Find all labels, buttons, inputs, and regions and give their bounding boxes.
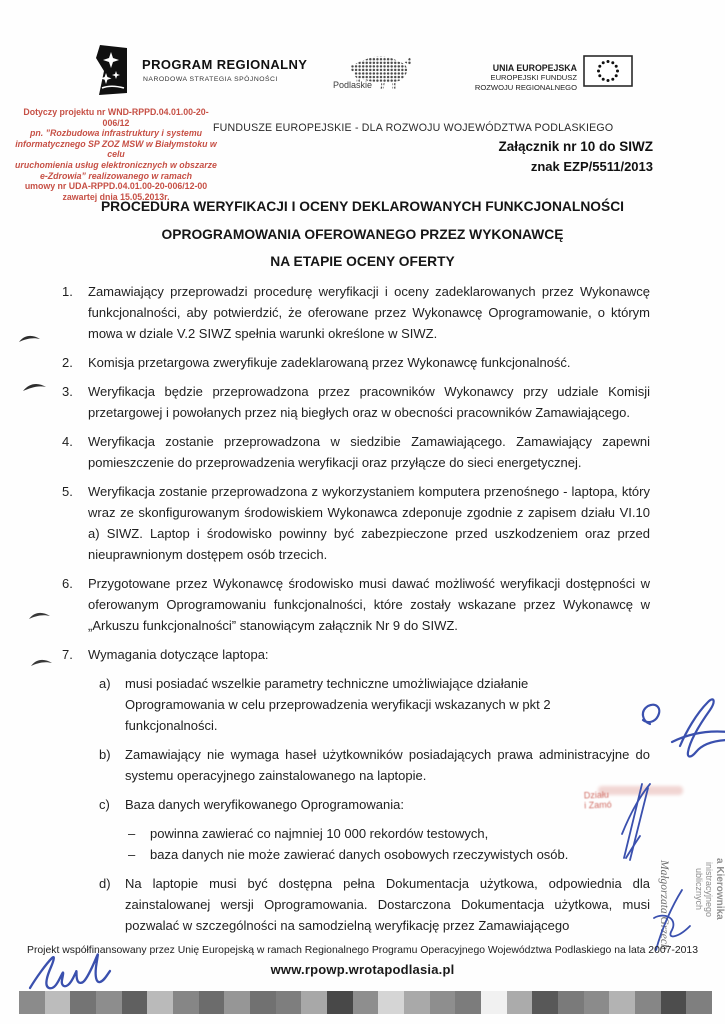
sub-item-text: Baza danych weryfikowanego Oprogramowani… bbox=[125, 794, 650, 815]
attachment-reference: Załącznik nr 10 do SIWZ znak EZP/5511/20… bbox=[498, 138, 653, 175]
list-item-4: 4. Weryfikacja zostanie przeprowadzona w… bbox=[62, 431, 650, 473]
calibration-cell bbox=[481, 991, 507, 1014]
calibration-cell bbox=[353, 991, 379, 1014]
item-text: Weryfikacja będzie przeprowadzona przez … bbox=[88, 381, 650, 423]
dash-item-1: – powinna zawierać co najmniej 10 000 re… bbox=[128, 823, 650, 844]
item-text: Komisja przetargowa zweryfikuje zadeklar… bbox=[88, 352, 650, 373]
item-text: Weryfikacja zostanie przeprowadzona z wy… bbox=[88, 481, 650, 565]
eu-logo-text: UNIA EUROPEJSKA EUROPEJSKI FUNDUSZ ROZWO… bbox=[440, 63, 577, 92]
scan-mark-icon bbox=[28, 610, 52, 622]
calibration-cell bbox=[96, 991, 122, 1014]
handwritten-initials-ink bbox=[628, 694, 725, 762]
sub-item-letter: c) bbox=[99, 794, 110, 815]
pen-scribble-ink bbox=[612, 782, 656, 864]
item-text: Zamawiający przeprowadzi procedurę weryf… bbox=[88, 281, 650, 344]
calibration-cell bbox=[455, 991, 481, 1014]
calibration-cell bbox=[19, 991, 45, 1014]
department-stamp: Działu i Zamó bbox=[584, 790, 612, 811]
calibration-cell bbox=[686, 991, 712, 1014]
item-number: 2. bbox=[62, 352, 73, 373]
calibration-cell bbox=[122, 991, 148, 1014]
case-number: znak EZP/5511/2013 bbox=[498, 158, 653, 175]
calibration-cell bbox=[507, 991, 533, 1014]
eu-line3: ROZWOJU REGIONALNEGO bbox=[440, 83, 577, 93]
calibration-cell bbox=[378, 991, 404, 1014]
list-item-5: 5. Weryfikacja zostanie przeprowadzona z… bbox=[62, 481, 650, 565]
document-title: PROCEDURA WERYFIKACJI I OCENY DEKLAROWAN… bbox=[90, 193, 635, 276]
calibration-cell bbox=[635, 991, 661, 1014]
calibration-cell bbox=[70, 991, 96, 1014]
dash-text: baza danych nie może zawierać danych oso… bbox=[150, 844, 650, 865]
item-text: Przygotowane przez Wykonawcę środowisko … bbox=[88, 573, 650, 636]
dash-text: powinna zawierać co najmniej 10 000 reko… bbox=[150, 823, 650, 844]
calibration-cell bbox=[430, 991, 456, 1014]
item-text: Wymagania dotyczące laptopa: bbox=[88, 644, 650, 665]
item-number: 7. bbox=[62, 644, 73, 665]
title-line1: PROCEDURA WERYFIKACJI I OCENY DEKLAROWAN… bbox=[90, 193, 635, 221]
sub-item-a: a) musi posiadać wszelkie parametry tech… bbox=[99, 673, 650, 736]
nss-flag-stars-icon bbox=[94, 44, 128, 101]
calibration-cell bbox=[301, 991, 327, 1014]
calibration-cell bbox=[661, 991, 687, 1014]
calibration-cell bbox=[404, 991, 430, 1014]
funding-line: FUNDUSZE EUROPEJSKIE - DLA ROZWOJU WOJEW… bbox=[213, 122, 613, 134]
program-regionalny-subtitle: NARODOWA STRATEGIA SPÓJNOŚCI bbox=[143, 76, 278, 83]
dash-mark: – bbox=[128, 823, 135, 844]
stamp-line: Dotyczy projektu nr WND-RPPD.04.01.00-20… bbox=[10, 107, 222, 128]
calibration-cell bbox=[327, 991, 353, 1014]
vertical-stamp-fragment: a Kierownika bbox=[714, 858, 725, 920]
document-page: PROGRAM REGIONALNY NARODOWA STRATEGIA SP… bbox=[0, 0, 725, 1024]
attachment-number: Załącznik nr 10 do SIWZ bbox=[498, 138, 653, 155]
item-number: 6. bbox=[62, 573, 73, 594]
sub-item-d: d) Na laptopie musi być dostępna pełna D… bbox=[99, 873, 650, 936]
sub-item-text: musi posiadać wszelkie parametry technic… bbox=[125, 673, 595, 736]
calibration-cell bbox=[276, 991, 302, 1014]
list-item-6: 6. Przygotowane przez Wykonawcę środowis… bbox=[62, 573, 650, 636]
stamp-line: uruchomienia usług elektronicznych w obs… bbox=[10, 160, 222, 171]
list-item-1: 1. Zamawiający przeprowadzi procedurę we… bbox=[62, 281, 650, 344]
sub-item-letter: b) bbox=[99, 744, 111, 765]
title-line3: NA ETAPIE OCENY OFERTY bbox=[90, 248, 635, 276]
eu-line2: EUROPEJSKI FUNDUSZ bbox=[440, 73, 577, 83]
handwritten-signature-ink bbox=[26, 950, 131, 994]
bison-halftone-icon bbox=[347, 47, 419, 100]
list-item-2: 2. Komisja przetargowa zweryfikuje zadek… bbox=[62, 352, 650, 373]
list-item-7: 7. Wymagania dotyczące laptopa: bbox=[62, 644, 650, 665]
item-number: 1. bbox=[62, 281, 73, 302]
calibration-cell bbox=[250, 991, 276, 1014]
calibration-cell bbox=[45, 991, 71, 1014]
sub-item-b: b) Zamawiający nie wymaga haseł użytkown… bbox=[99, 744, 650, 786]
scan-mark-icon bbox=[18, 333, 42, 345]
item-number: 5. bbox=[62, 481, 73, 502]
list-item-3: 3. Weryfikacja będzie przeprowadzona prz… bbox=[62, 381, 650, 423]
calibration-cell bbox=[173, 991, 199, 1014]
item-text: Weryfikacja zostanie przeprowadzona w si… bbox=[88, 431, 650, 473]
project-reference-stamp: Dotyczy projektu nr WND-RPPD.04.01.00-20… bbox=[10, 107, 222, 202]
scan-mark-icon bbox=[22, 381, 48, 394]
calibration-cell bbox=[224, 991, 250, 1014]
calibration-cell bbox=[609, 991, 635, 1014]
stamp-line: pn. ”Rozbudowa infrastruktury i systemu bbox=[10, 128, 222, 139]
item-number: 4. bbox=[62, 431, 73, 452]
calibration-cell bbox=[558, 991, 584, 1014]
eu-flag-stars-icon bbox=[583, 55, 633, 92]
stamp-line: umowy nr UDA-RPPD.04.01.00-20-006/12-00 bbox=[10, 181, 222, 192]
calibration-cell bbox=[532, 991, 558, 1014]
department-stamp-line2: i Zamó bbox=[584, 800, 612, 811]
dash-mark: – bbox=[128, 844, 135, 865]
sub-item-text: Zamawiający nie wymaga haseł użytkownikó… bbox=[125, 744, 650, 786]
document-body: 1. Zamawiający przeprowadzi procedurę we… bbox=[62, 281, 650, 944]
item-number: 3. bbox=[62, 381, 73, 402]
sub-item-text: Na laptopie musi być dostępna pełna Doku… bbox=[125, 873, 650, 936]
podlaskie-label: Podlaskie bbox=[333, 80, 372, 90]
calibration-bar bbox=[19, 991, 712, 1014]
calibration-cell bbox=[199, 991, 225, 1014]
sub-item-letter: d) bbox=[99, 873, 111, 894]
scan-mark-icon bbox=[30, 657, 54, 669]
calibration-cell bbox=[147, 991, 173, 1014]
dash-item-2: – baza danych nie może zawierać danych o… bbox=[128, 844, 650, 865]
calibration-cell bbox=[584, 991, 610, 1014]
stamp-line: informatycznego SP ZOZ MSW w Białymstoku… bbox=[10, 139, 222, 160]
program-regionalny-title: PROGRAM REGIONALNY bbox=[142, 57, 307, 72]
sub-item-letter: a) bbox=[99, 673, 111, 694]
title-line2: OPROGRAMOWANIA OFEROWANEGO PRZEZ WYKONAW… bbox=[90, 221, 635, 249]
eu-line1: UNIA EUROPEJSKA bbox=[440, 63, 577, 73]
stamp-line: e-Zdrowia” realizowanego w ramach bbox=[10, 171, 222, 182]
sub-item-c: c) Baza danych weryfikowanego Oprogramow… bbox=[99, 794, 650, 815]
